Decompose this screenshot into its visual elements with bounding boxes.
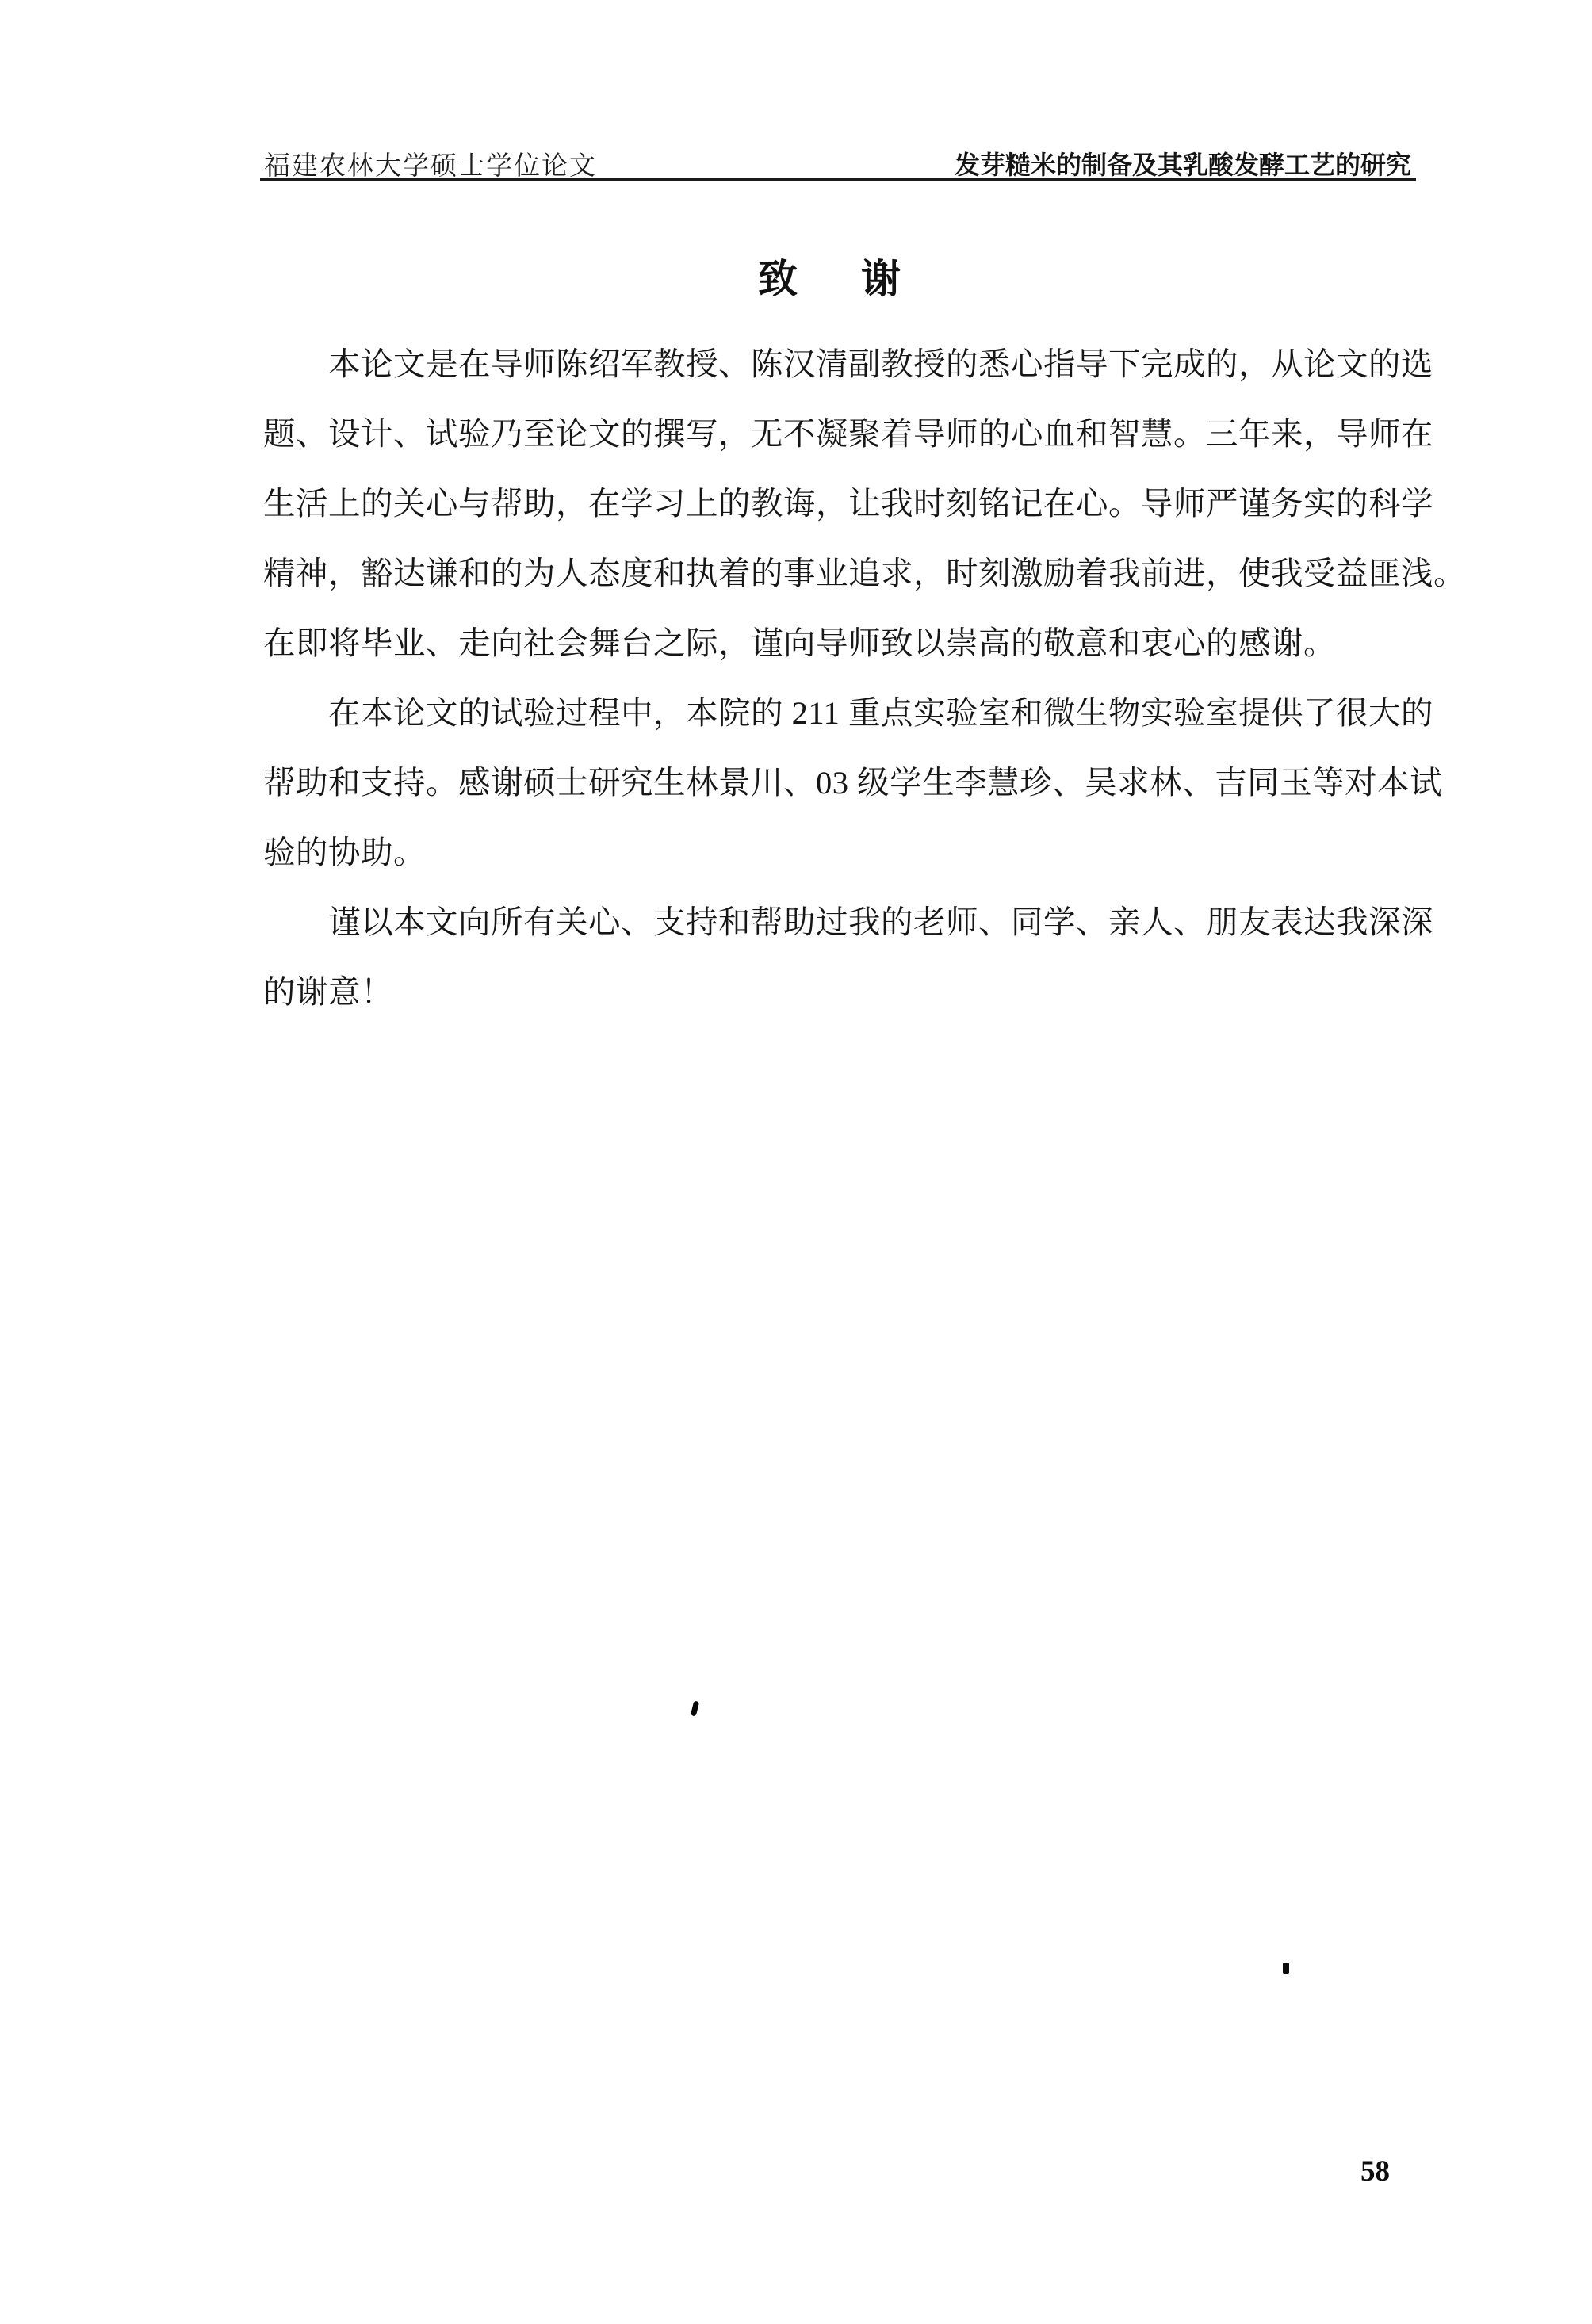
text-line: 在即将毕业、走向社会舞台之际，谨向导师致以崇高的敬意和衷心的感谢。 bbox=[263, 609, 1421, 678]
text-line: 题、设计、试验乃至论文的撰写，无不凝聚着导师的心血和智慧。三年来，导师在 bbox=[263, 399, 1421, 469]
paragraph-2: 在本论文的试验过程中，本院的 211 重点实验室和微生物实验室提供了很大的 帮助… bbox=[263, 678, 1421, 888]
text-line: 验的协助。 bbox=[263, 818, 1421, 888]
thesis-page: 福建农林大学硕士学位论文 发芽糙米的制备及其乳酸发酵工艺的研究 致谢 本论文是在… bbox=[0, 0, 1592, 2324]
page-title: 致谢 bbox=[758, 247, 964, 304]
body-text: 本论文是在导师陈绍军教授、陈汉清副教授的悉心指导下完成的，从论文的选 题、设计、… bbox=[263, 330, 1421, 1027]
ink-speck bbox=[1283, 1963, 1289, 1974]
text-line: 在本论文的试验过程中，本院的 211 重点实验室和微生物实验室提供了很大的 bbox=[263, 678, 1421, 748]
text-line: 生活上的关心与帮助，在学习上的教诲，让我时刻铭记在心。导师严谨务实的科学 bbox=[263, 469, 1421, 539]
text-line: 本论文是在导师陈绍军教授、陈汉清副教授的悉心指导下完成的，从论文的选 bbox=[263, 330, 1421, 399]
text-line: 谨以本文向所有关心、支持和帮助过我的老师、同学、亲人、朋友表达我深深 bbox=[263, 888, 1421, 958]
paragraph-3: 谨以本文向所有关心、支持和帮助过我的老师、同学、亲人、朋友表达我深深 的谢意！ bbox=[263, 888, 1421, 1027]
ink-speck bbox=[691, 1700, 699, 1716]
header-left-text: 福建农林大学硕士学位论文 bbox=[264, 145, 597, 182]
header-right-text: 发芽糙米的制备及其乳酸发酵工艺的研究 bbox=[955, 145, 1411, 182]
text-line: 的谢意！ bbox=[263, 958, 1421, 1027]
header-rule bbox=[260, 178, 1416, 181]
paragraph-1: 本论文是在导师陈绍军教授、陈汉清副教授的悉心指导下完成的，从论文的选 题、设计、… bbox=[263, 330, 1421, 678]
text-line: 精神，豁达谦和的为人态度和执着的事业追求，时刻激励着我前进，使我受益匪浅。 bbox=[263, 539, 1421, 609]
text-line: 帮助和支持。感谢硕士研究生林景川、03 级学生李慧珍、吴求林、吉同玉等对本试 bbox=[263, 748, 1421, 818]
page-number: 58 bbox=[1360, 2154, 1390, 2188]
